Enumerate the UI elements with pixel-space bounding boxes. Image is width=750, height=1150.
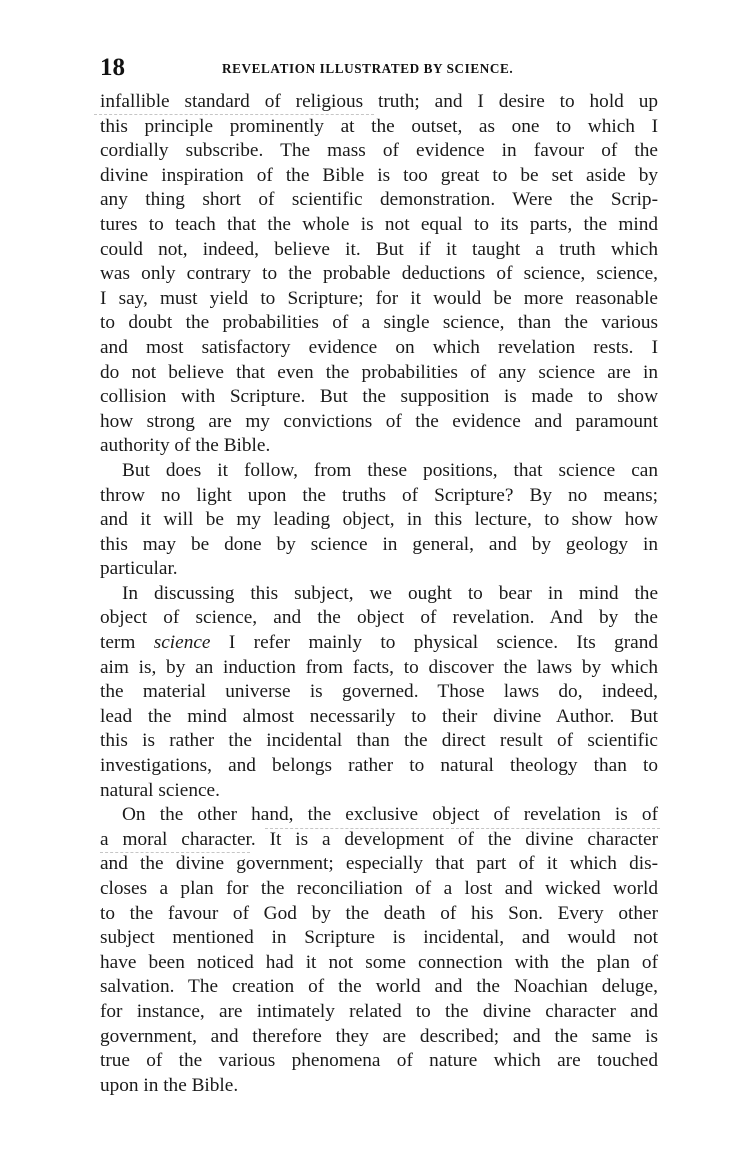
text-line: upon in the Bible. — [100, 1074, 658, 1099]
text-line: this is rather the incidental than the d… — [100, 729, 658, 754]
text-line: subject mentioned in Scripture is incide… — [100, 926, 658, 951]
text-line: investigations, and belongs rather to na… — [100, 754, 658, 779]
text-line: lead the mind almost necessarily to thei… — [100, 705, 658, 730]
text-line: this may be done by science in general, … — [100, 533, 658, 558]
page-number: 18 — [100, 54, 125, 82]
text-line-with-italic: term science I refer mainly to physical … — [100, 631, 658, 656]
paragraph-first-line: In discussing this subject, we ought to … — [100, 582, 658, 607]
text-line: true of the various phenomena of nature … — [100, 1049, 658, 1074]
text-line: and the divine government; especially th… — [100, 852, 658, 877]
text-line: cordially subscribe. The mass of evidenc… — [100, 139, 658, 164]
text-line: government, and therefore they are descr… — [100, 1025, 658, 1050]
text-line: salvation. The creation of the world and… — [100, 975, 658, 1000]
text-line: I say, must yield to Scripture; for it w… — [100, 287, 658, 312]
text-line: tures to teach that the whole is not equ… — [100, 213, 658, 238]
text-line: infallible standard of religious truth; … — [100, 90, 658, 115]
text-line: have been noticed had it not some connec… — [100, 951, 658, 976]
text-line: this principle prominently at the outset… — [100, 115, 658, 140]
text-line: to doubt the probabilities of a single s… — [100, 311, 658, 336]
text-line: and it will be my leading object, in thi… — [100, 508, 658, 533]
text-line: could not, indeed, believe it. But if it… — [100, 238, 658, 263]
text-line: how strong are my convictions of the evi… — [100, 410, 658, 435]
text-line: the material universe is governed. Those… — [100, 680, 658, 705]
text-line: divine inspiration of the Bible is too g… — [100, 164, 658, 189]
text-line: any thing short of scientific demonstrat… — [100, 188, 658, 213]
body-text: infallible standard of religious truth; … — [100, 90, 658, 1098]
pencil-underline-mark — [94, 114, 374, 115]
running-title: REVELATION ILLUSTRATED BY SCIENCE. — [222, 61, 513, 77]
text-line: was only contrary to the probable deduct… — [100, 262, 658, 287]
text-segment: term — [100, 632, 154, 653]
pencil-underline-mark — [265, 828, 660, 829]
book-page: 18 REVELATION ILLUSTRATED BY SCIENCE. in… — [0, 0, 750, 1150]
text-line: for instance, are intimately related to … — [100, 1000, 658, 1025]
text-line: a moral character. It is a development o… — [100, 828, 658, 853]
running-head: 18 REVELATION ILLUSTRATED BY SCIENCE. — [100, 54, 658, 82]
text-segment: I refer mainly to physical science. Its … — [210, 632, 658, 653]
text-line: closes a plan for the reconciliation of … — [100, 877, 658, 902]
text-line: and most satisfactory evidence on which … — [100, 336, 658, 361]
text-line: do not believe that even the probabiliti… — [100, 361, 658, 386]
text-line: object of science, and the object of rev… — [100, 606, 658, 631]
paragraph-first-line: On the other hand, the exclusive object … — [100, 803, 658, 828]
text-line: natural science. — [100, 779, 658, 804]
text-line: throw no light upon the truths of Script… — [100, 484, 658, 509]
italic-term: science — [154, 632, 211, 653]
text-line: collision with Scripture. But the suppos… — [100, 385, 658, 410]
paragraph-first-line: But does it follow, from these positions… — [100, 459, 658, 484]
text-line: aim is, by an induction from facts, to d… — [100, 656, 658, 681]
text-line: to the favour of God by the death of his… — [100, 902, 658, 927]
pencil-underline-mark — [100, 852, 250, 853]
text-line: particular. — [100, 557, 658, 582]
text-line: authority of the Bible. — [100, 434, 658, 459]
